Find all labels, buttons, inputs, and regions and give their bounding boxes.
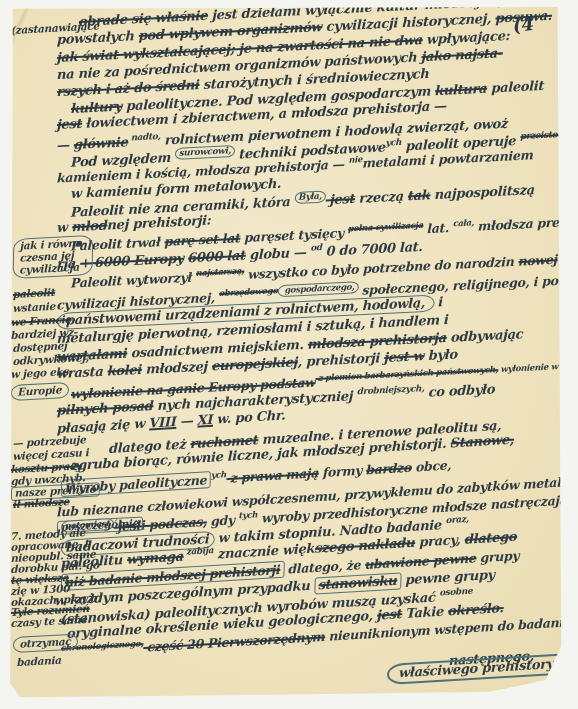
line-segment: cała, — [453, 218, 474, 229]
margin-note: paleolit — [13, 287, 55, 301]
line-segment: najpospolitszą — [430, 183, 535, 203]
margin-note-line: otrzymać — [20, 636, 71, 651]
line-segment: młodsza prehisto- — [474, 213, 562, 234]
margin-note-line: paleolit — [13, 287, 55, 301]
line-segment: drobniejszych, — [357, 384, 425, 397]
margin-note: badania — [17, 655, 62, 669]
line-segment: określo. — [448, 601, 504, 619]
line-segment: grupy — [476, 548, 519, 566]
line-segment: dlatego — [465, 530, 518, 548]
line-segment: obrzędowego — [219, 286, 278, 299]
line-segment: jako najsta- — [421, 46, 503, 65]
line-segment: Europy — [130, 252, 184, 270]
line-segment: osobne — [440, 586, 473, 598]
line-segment: Stanowe, — [450, 433, 514, 452]
margin-note-line: Europie — [18, 384, 62, 398]
line-segment: parę set lat — [164, 230, 240, 249]
line-segment: było — [424, 347, 458, 364]
line-segment: zabija — [184, 546, 214, 558]
line-segment: jest — [57, 117, 83, 133]
line-segment: pewne — [429, 550, 476, 568]
line-segment: oraz, — [446, 515, 469, 526]
line-segment: jest w — [384, 349, 425, 366]
line-segment: głównie — [74, 135, 129, 153]
line-segment: — — [57, 138, 74, 154]
line-segment: odbywając — [447, 327, 524, 346]
line-segment: ych — [386, 138, 402, 149]
line-segment: 0 do 7000 lat. — [322, 240, 423, 260]
margin-note-line: cywilizacja — [20, 261, 86, 276]
line-segment: dlatego, że — [284, 557, 365, 577]
margin-note-line: badania — [17, 655, 62, 669]
line-segment: pilnych posad — [57, 399, 154, 419]
line-segment: globu — — [245, 245, 311, 263]
line-segment: i — [434, 295, 443, 310]
line-segment: kultura — [435, 82, 488, 100]
line-segment: w — [57, 220, 73, 236]
line-segment: gdy — [207, 512, 239, 529]
margin-note: jak i równo-czesna jejcywilizacja — [13, 235, 94, 279]
line-segment: Takie — [402, 604, 448, 622]
line-segment: szego — [315, 539, 355, 556]
margin-note: wstanie — [13, 301, 56, 315]
line-segment: 6000 lat — [188, 248, 246, 266]
line-segment: od — [311, 243, 323, 254]
line-segment: ubawione — [365, 553, 430, 572]
line-segment: co odbyło — [424, 382, 495, 401]
line-segment: kolei — [107, 363, 142, 380]
line-segment: pracy, — [415, 533, 465, 551]
line-segment: nowej — [518, 252, 558, 269]
line-segment: , prehistorji — [298, 351, 385, 370]
line-segment: europejskiej — [212, 355, 298, 374]
line-segment: wyłonienie w — [498, 362, 558, 375]
line-segment: nie — [349, 155, 363, 166]
line-segment: tych — [239, 510, 258, 521]
margin-note-line: wstanie — [13, 301, 56, 315]
line-segment: nadto, — [128, 132, 161, 144]
line-segment: formy — [319, 462, 367, 480]
margin-note: Europie — [11, 382, 69, 401]
line-segment: obce, — [412, 457, 452, 474]
line-segment: Była, — [294, 191, 326, 205]
line-segment: w. po Chr. — [213, 408, 286, 427]
line-segment: paleolit — [487, 79, 545, 97]
line-segment: najstarszą, — [196, 267, 245, 279]
line-segment: posuwa. — [495, 9, 552, 27]
line-segment: ych — [211, 470, 227, 481]
line-segment: wpływające: — [422, 29, 510, 48]
line-segment: właśnie — [151, 9, 208, 27]
line-segment: pełna cywilizacja — [348, 221, 424, 235]
line-segment: z prawa mają — [226, 465, 319, 486]
line-segment: wymaga — [127, 549, 184, 567]
line-segment: XI — [197, 413, 213, 429]
line-segment: VIII — [149, 415, 177, 432]
manuscript-page: (4 obrade się właśnie jest dziełami wyłą… — [9, 7, 562, 698]
line-segment: surowcowi, — [175, 145, 235, 160]
line-segment: pewne grupy — [401, 568, 495, 589]
line-segment: bardzo — [366, 460, 412, 478]
line-segment: znacznie więk — [214, 542, 316, 563]
scanned-document: { "document": { "type": "handwritten man… — [0, 0, 578, 709]
line-segment: młodszej — [142, 359, 213, 377]
line-segment: gospodarczego, — [278, 281, 359, 297]
line-segment: — — [176, 414, 198, 430]
line-segment: Paleolit wytworzył — [71, 269, 197, 290]
line-segment: przeistoczenia, — [520, 129, 562, 142]
line-segment: tak — [408, 188, 431, 204]
line-segment: młod — [72, 219, 108, 236]
line-segment: jest — [326, 192, 356, 208]
line-segment: rzeczą — [355, 189, 408, 207]
line-segment: jest — [377, 607, 402, 624]
line-segment: lat. — [423, 220, 453, 237]
line-segment: nakładu — [354, 536, 415, 555]
